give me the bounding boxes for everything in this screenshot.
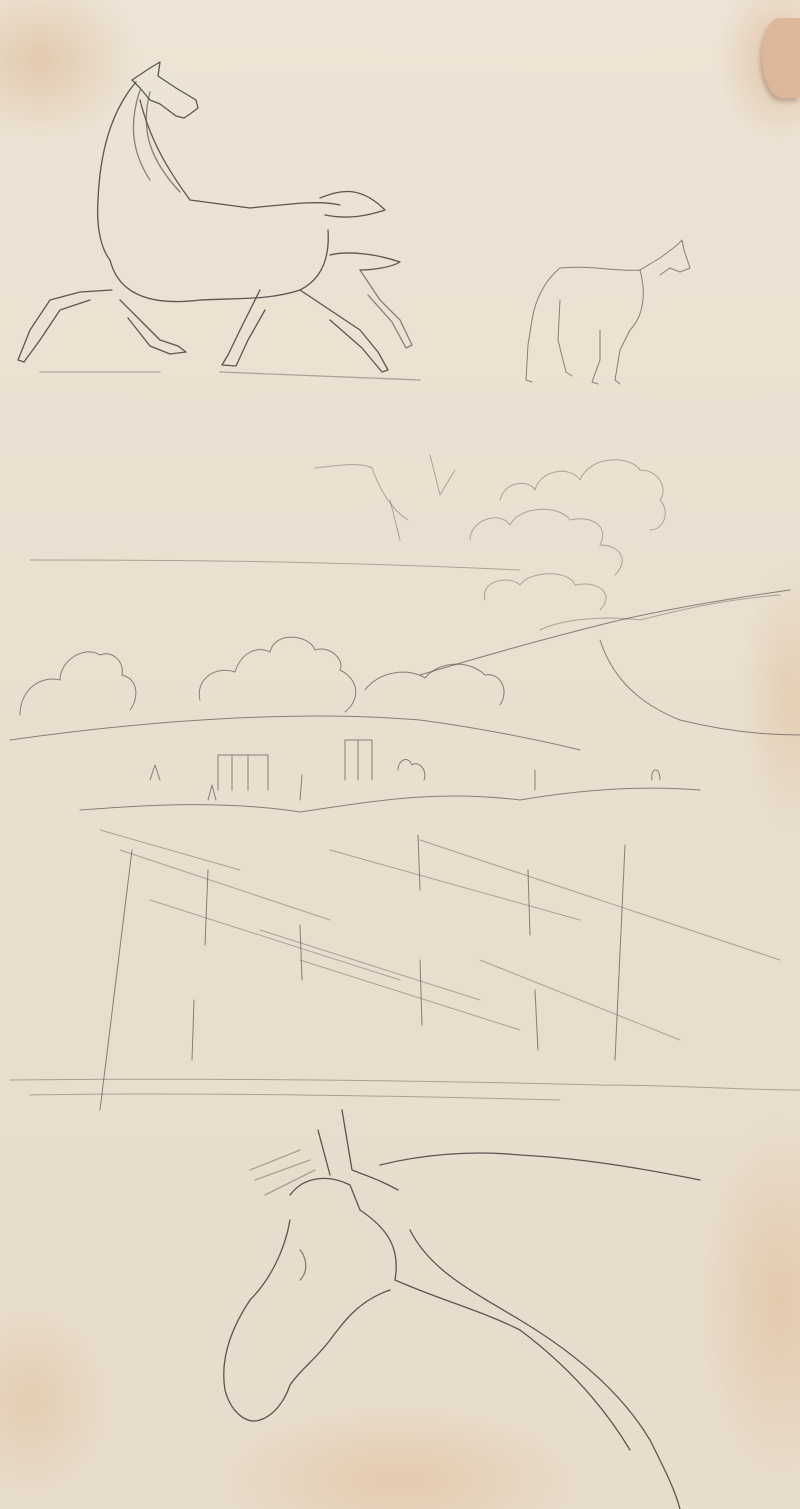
galloping-horse — [18, 62, 420, 380]
pencil-drawing — [0, 0, 800, 1509]
cloud-studies — [30, 455, 780, 630]
sketch-sheet: graphite sketch on aged paper — [0, 0, 800, 1509]
standing-animal — [526, 240, 690, 384]
horse-head — [224, 1110, 700, 1509]
landscape — [10, 590, 800, 1110]
